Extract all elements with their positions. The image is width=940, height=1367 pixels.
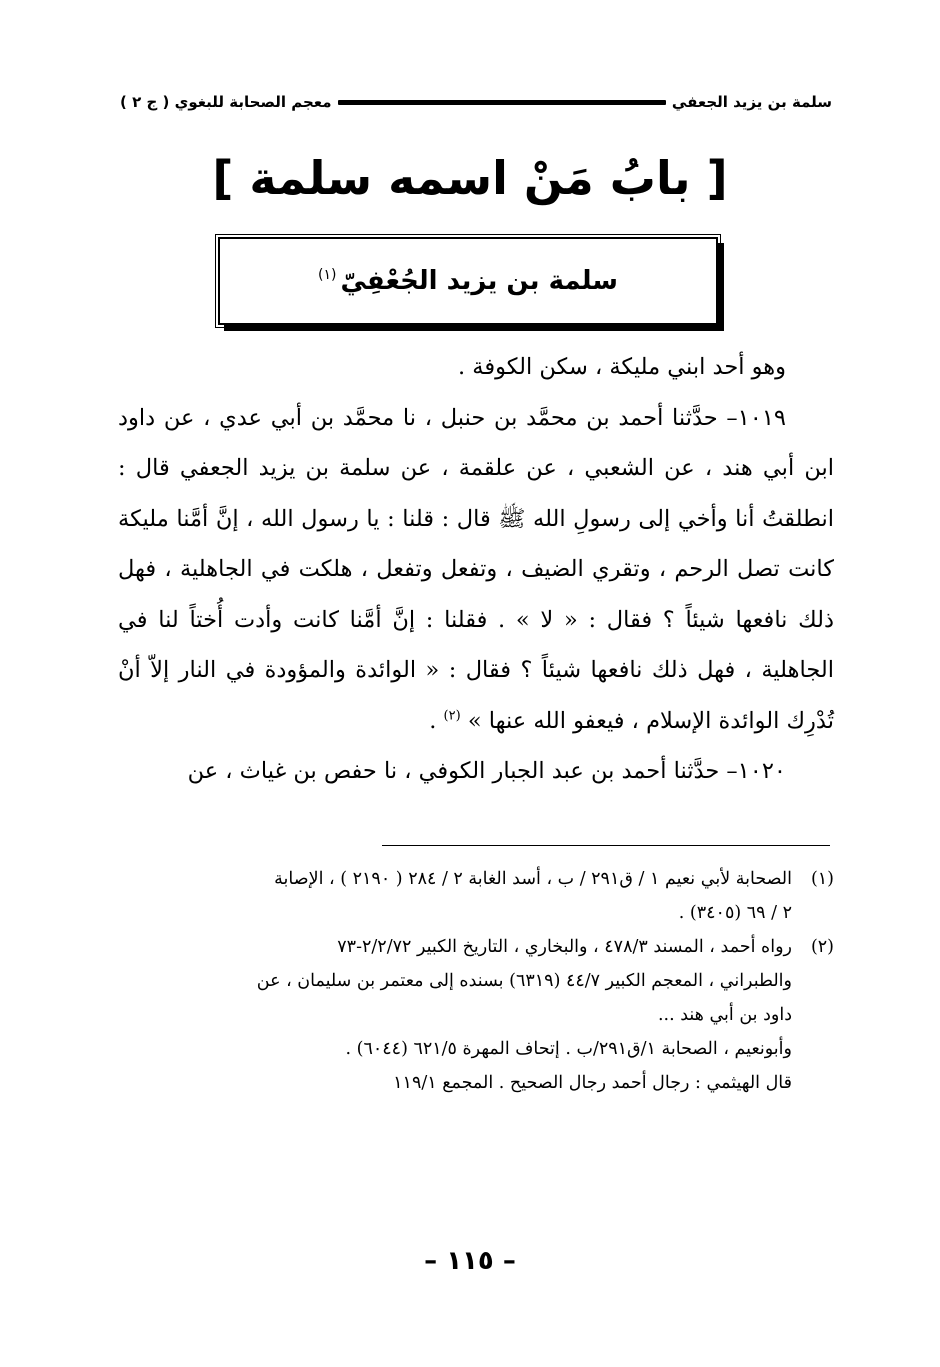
header-rule (338, 100, 666, 105)
footnote-line: ٢ / ٦٩ (٣٤٠٥) . (118, 896, 792, 930)
running-header-book-title: معجم الصحابة للبغوي ( ج ٢ ) (120, 93, 332, 111)
footnote-ref-2[interactable]: (٢) (444, 708, 461, 723)
page-number: – ١١٥ – (0, 1246, 940, 1276)
entry-intro: وهو أحد ابني مليكة ، سكن الكوفة . (118, 342, 834, 393)
hadith-number: ١٠١٩– (726, 405, 786, 431)
footnote-line: قال الهيثمي : رجال أحمد رجال الصحيح . ال… (118, 1066, 792, 1100)
book-page: معجم الصحابة للبغوي ( ج ٢ ) سلمة بن يزيد… (0, 0, 940, 1367)
hadith-end: . (429, 708, 443, 734)
entry-name: سلمة بن يزيد الجُعْفِيّ(١) (318, 266, 618, 296)
footnote-body: الصحابة لأبي نعيم ١ / ق٢٩١ / ب ، أسد الغ… (118, 862, 792, 930)
running-header: معجم الصحابة للبغوي ( ج ٢ ) سلمة بن يزيد… (120, 88, 832, 116)
hadith-number: ١٠٢٠– (726, 758, 786, 784)
hadith-text: حدَّثنا أحمد بن عبد الجبار الكوفي ، نا ح… (188, 758, 720, 784)
footnote-line: داود بن أبي هند ... (118, 998, 792, 1032)
entry-name-text: سلمة بن يزيد الجُعْفِيّ (340, 266, 618, 296)
footnote-line: رواه أحمد ، المسند ٤٧٨/٣ ، والبخاري ، ال… (118, 930, 792, 964)
chapter-title: [ بابُ مَنْ اسمه سلمة ] (0, 142, 940, 214)
footnote-1: (١) الصحابة لأبي نعيم ١ / ق٢٩١ / ب ، أسد… (118, 862, 834, 930)
footnote-line: الصحابة لأبي نعيم ١ / ق٢٩١ / ب ، أسد الغ… (118, 862, 792, 896)
hadith-1020: ١٠٢٠– حدَّثنا أحمد بن عبد الجبار الكوفي … (118, 746, 834, 797)
footnotes: (١) الصحابة لأبي نعيم ١ / ق٢٩١ / ب ، أسد… (118, 862, 834, 1100)
footnote-line: والطبراني ، المعجم الكبير ٤٤/٧ (٦٣١٩) بس… (118, 964, 792, 998)
footnote-ref-1[interactable]: (١) (318, 267, 336, 283)
running-header-entry-title: سلمة بن يزيد الجعفي (672, 93, 832, 111)
footnote-body: رواه أحمد ، المسند ٤٧٨/٣ ، والبخاري ، ال… (118, 930, 792, 1100)
hadith-text: حدَّثنا أحمد بن محمَّد بن حنبل ، نا محمَ… (118, 405, 834, 734)
footnote-number: (١) (792, 862, 834, 930)
footnote-number: (٢) (792, 930, 834, 1100)
main-text: وهو أحد ابني مليكة ، سكن الكوفة . ١٠١٩– … (118, 342, 834, 797)
hadith-1019: ١٠١٩– حدَّثنا أحمد بن محمَّد بن حنبل ، ن… (118, 393, 834, 747)
footnote-line: وأبونعيم ، الصحابة ١/ق٢٩١/ب . إتحاف المه… (118, 1032, 792, 1066)
footnote-separator (382, 845, 830, 846)
entry-heading-box: سلمة بن يزيد الجُعْفِيّ(١) (218, 237, 718, 325)
footnote-2: (٢) رواه أحمد ، المسند ٤٧٨/٣ ، والبخاري … (118, 930, 834, 1100)
